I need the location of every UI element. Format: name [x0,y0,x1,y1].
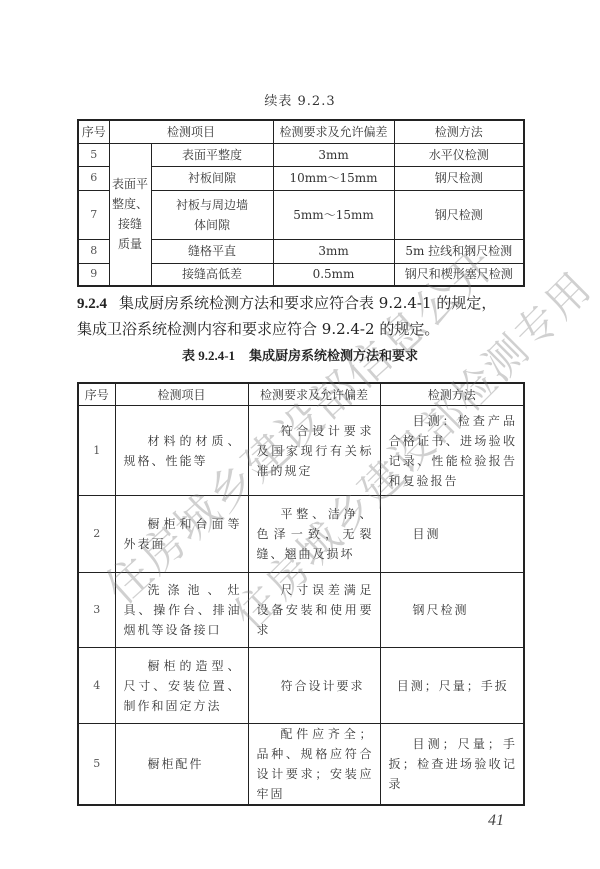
row-requirement: 3mm [273,143,394,166]
row-seq: 9 [78,263,109,286]
row-item: 缝格平直 [151,239,273,263]
row-seq: 7 [78,190,109,239]
paragraph-line-1: 9.2.4集成厨房系统检测方法和要求应符合表 9.2.4-1 的规定， [77,291,527,317]
row-seq: 4 [78,648,115,724]
row-requirement: 平整、洁净、色泽一致，无裂缝、翘曲及损坏 [248,496,380,573]
row-item-text: 橱柜的造型、尺寸、安装位置、制作和固定方法 [124,656,242,716]
header-item: 检测项目 [109,120,273,143]
header-method: 检测方法 [394,120,524,143]
row-requirement-text: 符合设计要求及国家现行有关标准的规定 [257,421,374,481]
table-header-row: 序号 检测项目 检测要求及允许偏差 检测方法 [78,383,524,406]
paragraph-line-2: 集成卫浴系统检测内容和要求应符合 9.2.4-2 的规定。 [77,317,527,342]
row-requirement-text: 配件应齐全；品种、规格应符合设计要求；安装应牢固 [257,724,374,804]
section-number: 9.2.4 [77,296,107,312]
group-label-line: 表面平 [110,174,151,194]
row-seq: 6 [78,166,109,190]
header-seq: 序号 [78,120,109,143]
group-label-line: 接缝 [110,214,151,234]
table-caption-number: 表 9.2.4-1 [182,348,235,363]
row-seq: 5 [78,143,109,166]
section-paragraph: 9.2.4集成厨房系统检测方法和要求应符合表 9.2.4-1 的规定， 集成卫浴… [77,291,527,342]
table-row: 1 材料的材质、规格、性能等 符合设计要求及国家现行有关标准的规定 目测：检查产… [78,406,524,496]
row-method: 钢尺检测 [380,573,524,648]
table-9-2-4-1: 序号 检测项目 检测要求及允许偏差 检测方法 1 材料的材质、规格、性能等 符合… [77,382,525,806]
row-requirement: 符合设计要求及国家现行有关标准的规定 [248,406,380,496]
table-row: 5 表面平 整度、 接缝 质量 表面平整度 3mm 水平仪检测 [78,143,524,166]
row-seq: 8 [78,239,109,263]
header-requirement: 检测要求及允许偏差 [248,383,380,406]
row-requirement: 0.5mm [273,263,394,286]
table-row: 3 洗涤池、灶具、操作台、排油烟机等设备接口 尺寸误差满足设备安装和使用要求 钢… [78,573,524,648]
row-item: 衬板间隙 [151,166,273,190]
row-item: 橱柜和台面等外表面 [115,496,248,573]
header-requirement: 检测要求及允许偏差 [273,120,394,143]
row-item-text: 洗涤池、灶具、操作台、排油烟机等设备接口 [124,580,242,640]
row-item: 橱柜配件 [115,724,248,806]
group-label-line: 质量 [110,234,151,254]
group-label-line: 整度、 [110,194,151,214]
row-method: 目测 [380,496,524,573]
row-method: 目测；尺量；手扳；检查进场验收记录 [380,724,524,806]
header-item: 检测项目 [115,383,248,406]
table-row: 5 橱柜配件 配件应齐全；品种、规格应符合设计要求；安装应牢固 目测；尺量；手扳… [78,724,524,806]
row-method-text: 钢尺检测 [389,600,518,620]
row-method: 目测：检查产品合格证书、进场验收记录、性能检验报告和复验报告 [380,406,524,496]
row-requirement-text: 符合设计要求 [257,676,374,696]
row-requirement: 配件应齐全；品种、规格应符合设计要求；安装应牢固 [248,724,380,806]
table-caption: 表 9.2.4-1集成厨房系统检测方法和要求 [0,345,600,364]
row-item-text: 橱柜和台面等外表面 [124,514,242,554]
row-method: 水平仪检测 [394,143,524,166]
row-requirement: 10mm～15mm [273,166,394,190]
page-number: 41 [488,812,504,830]
row-requirement: 5mm～15mm [273,190,394,239]
header-method: 检测方法 [380,383,524,406]
row-requirement: 3mm [273,239,394,263]
row-item: 材料的材质、规格、性能等 [115,406,248,496]
paragraph-text: 集成厨房系统检测方法和要求应符合表 9.2.4-1 的规定， [119,294,496,312]
row-method: 钢尺检测 [394,166,524,190]
row-item: 橱柜的造型、尺寸、安装位置、制作和固定方法 [115,648,248,724]
row-requirement: 符合设计要求 [248,648,380,724]
row-method-text: 目测 [389,524,518,544]
group-label: 表面平 整度、 接缝 质量 [109,143,151,286]
row-item: 表面平整度 [151,143,273,166]
row-method-text: 目测；尺量；手扳 [397,679,509,693]
row-method: 5m 拉线和钢尺检测 [394,239,524,263]
row-seq: 3 [78,573,115,648]
row-seq: 5 [78,724,115,806]
row-method: 钢尺和楔形塞尺检测 [394,263,524,286]
row-seq: 1 [78,406,115,496]
table-row: 4 橱柜的造型、尺寸、安装位置、制作和固定方法 符合设计要求 目测；尺量；手扳 [78,648,524,724]
table-row: 2 橱柜和台面等外表面 平整、洁净、色泽一致，无裂缝、翘曲及损坏 目测 [78,496,524,573]
row-item: 衬板与周边墙体间隙 [151,190,273,239]
row-method: 钢尺检测 [394,190,524,239]
row-item: 接缝高低差 [151,263,273,286]
row-method: 目测；尺量；手扳 [380,648,524,724]
row-method-text: 目测；尺量；手扳；检查进场验收记录 [389,734,518,794]
row-seq: 2 [78,496,115,573]
row-requirement-text: 尺寸误差满足设备安装和使用要求 [257,580,374,640]
row-item-text: 材料的材质、规格、性能等 [124,431,242,471]
row-method-text: 目测：检查产品合格证书、进场验收记录、性能检验报告和复验报告 [389,411,518,491]
header-seq: 序号 [78,383,115,406]
row-item: 洗涤池、灶具、操作台、排油烟机等设备接口 [115,573,248,648]
row-requirement-text: 平整、洁净、色泽一致，无裂缝、翘曲及损坏 [257,504,374,564]
table-header-row: 序号 检测项目 检测要求及允许偏差 检测方法 [78,120,524,143]
table-caption-continued: 续表 9.2.3 [0,90,600,109]
table-caption-title: 集成厨房系统检测方法和要求 [249,349,418,364]
table-9-2-3-continued: 序号 检测项目 检测要求及允许偏差 检测方法 5 表面平 整度、 接缝 质量 表… [77,119,525,287]
row-item-text: 橱柜配件 [124,754,242,774]
row-requirement: 尺寸误差满足设备安装和使用要求 [248,573,380,648]
